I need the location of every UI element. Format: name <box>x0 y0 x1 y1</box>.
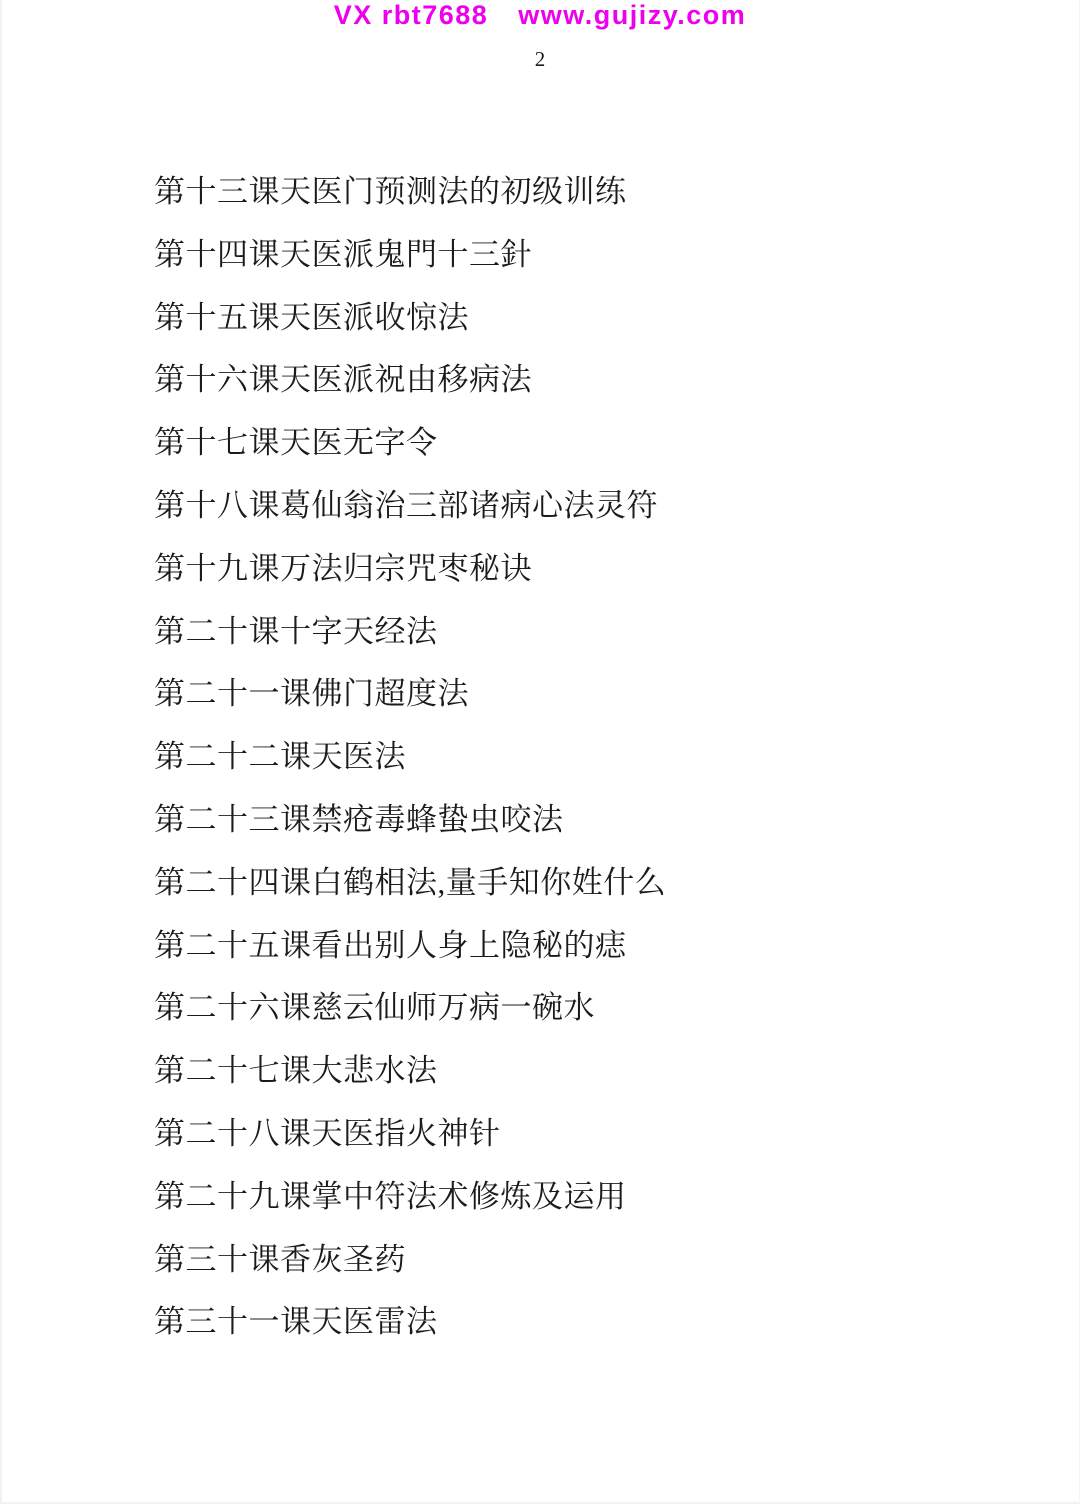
toc-line: 第二十七课大悲水法 <box>154 1040 1020 1103</box>
document-page: VX rbt7688 www.gujizy.com 2 第十三课天医门预测法的初… <box>0 0 1080 1504</box>
table-of-contents: 第十三课天医门预测法的初级训练第十四课天医派鬼門十三針第十五课天医派收惊法第十六… <box>154 161 1020 1354</box>
toc-line: 第二十九课掌中符法术修炼及运用 <box>154 1166 1020 1229</box>
toc-line: 第十四课天医派鬼門十三針 <box>154 224 1020 287</box>
toc-line: 第二十三课禁疮毒蜂蛰虫咬法 <box>154 789 1020 852</box>
toc-line: 第二十六课慈云仙师万病一碗水 <box>154 977 1020 1040</box>
toc-line: 第三十课香灰圣药 <box>154 1229 1020 1292</box>
toc-line: 第二十二课天医法 <box>154 726 1020 789</box>
watermark-wechat-id: VX rbt7688 <box>334 0 489 30</box>
toc-line: 第十六课天医派祝由移病法 <box>154 349 1020 412</box>
watermark-header: VX rbt7688 www.gujizy.com <box>0 0 1080 30</box>
toc-line: 第二十一课佛门超度法 <box>154 663 1020 726</box>
toc-line: 第二十八课天医指火神针 <box>154 1103 1020 1166</box>
toc-line: 第二十五课看出别人身上隐秘的痣 <box>154 915 1020 978</box>
toc-line: 第二十四课白鹤相法,量手知你姓什么 <box>154 852 1020 915</box>
page-number: 2 <box>0 46 1080 72</box>
toc-line: 第十七课天医无字令 <box>154 412 1020 475</box>
toc-line: 第十八课葛仙翁治三部诸病心法灵符 <box>154 475 1020 538</box>
toc-line: 第二十课十字天经法 <box>154 601 1020 664</box>
toc-line: 第十五课天医派收惊法 <box>154 287 1020 350</box>
toc-line: 第三十一课天医雷法 <box>154 1291 1020 1354</box>
toc-line: 第十三课天医门预测法的初级训练 <box>154 161 1020 224</box>
toc-line: 第十九课万法归宗咒枣秘诀 <box>154 538 1020 601</box>
watermark-website: www.gujizy.com <box>518 0 746 30</box>
